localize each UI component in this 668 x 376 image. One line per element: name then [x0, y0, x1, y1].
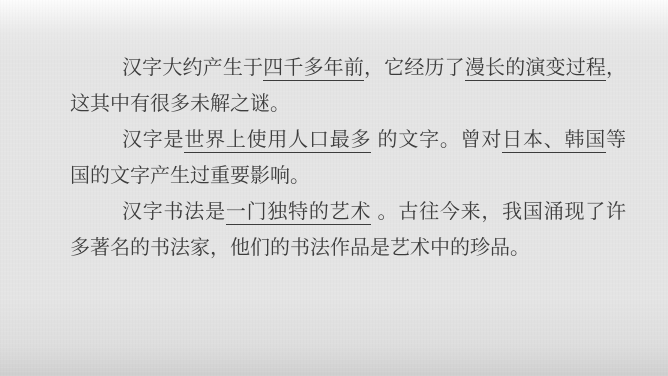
paragraph: 汉字是世界上使用人口最多 的文字。曾对日本、韩国等国的文字产生过重要影响。 — [70, 122, 626, 194]
paragraph: 汉字书法是一门独特的艺术 。古往今来，我国涌现了许多著名的书法家，他们的书法作品… — [70, 194, 626, 266]
text-segment: 汉字大约产生于 — [122, 57, 263, 79]
slide-canvas: 汉字大约产生于四千多年前，它经历了漫长的演变过程，这其中有很多未解之谜。汉字是世… — [0, 0, 668, 376]
text-segment: ，它经历了 — [364, 57, 465, 79]
underlined-segment: 四千多年前 — [263, 57, 364, 81]
underlined-segment: 日本、韩国 — [502, 129, 606, 153]
underlined-segment: 漫长的演变过程 — [465, 57, 606, 81]
text-segment: 汉字书法是 — [122, 201, 226, 223]
underlined-segment: 世界上使用人口最多 — [184, 129, 371, 153]
underlined-segment: 一门独特的艺术 — [226, 201, 371, 225]
paragraph: 汉字大约产生于四千多年前，它经历了漫长的演变过程，这其中有很多未解之谜。 — [70, 50, 626, 122]
slide-text: 汉字大约产生于四千多年前，它经历了漫长的演变过程，这其中有很多未解之谜。汉字是世… — [70, 50, 626, 266]
text-segment: 的文字。曾对 — [371, 129, 502, 151]
text-segment: 汉字是 — [122, 129, 184, 151]
